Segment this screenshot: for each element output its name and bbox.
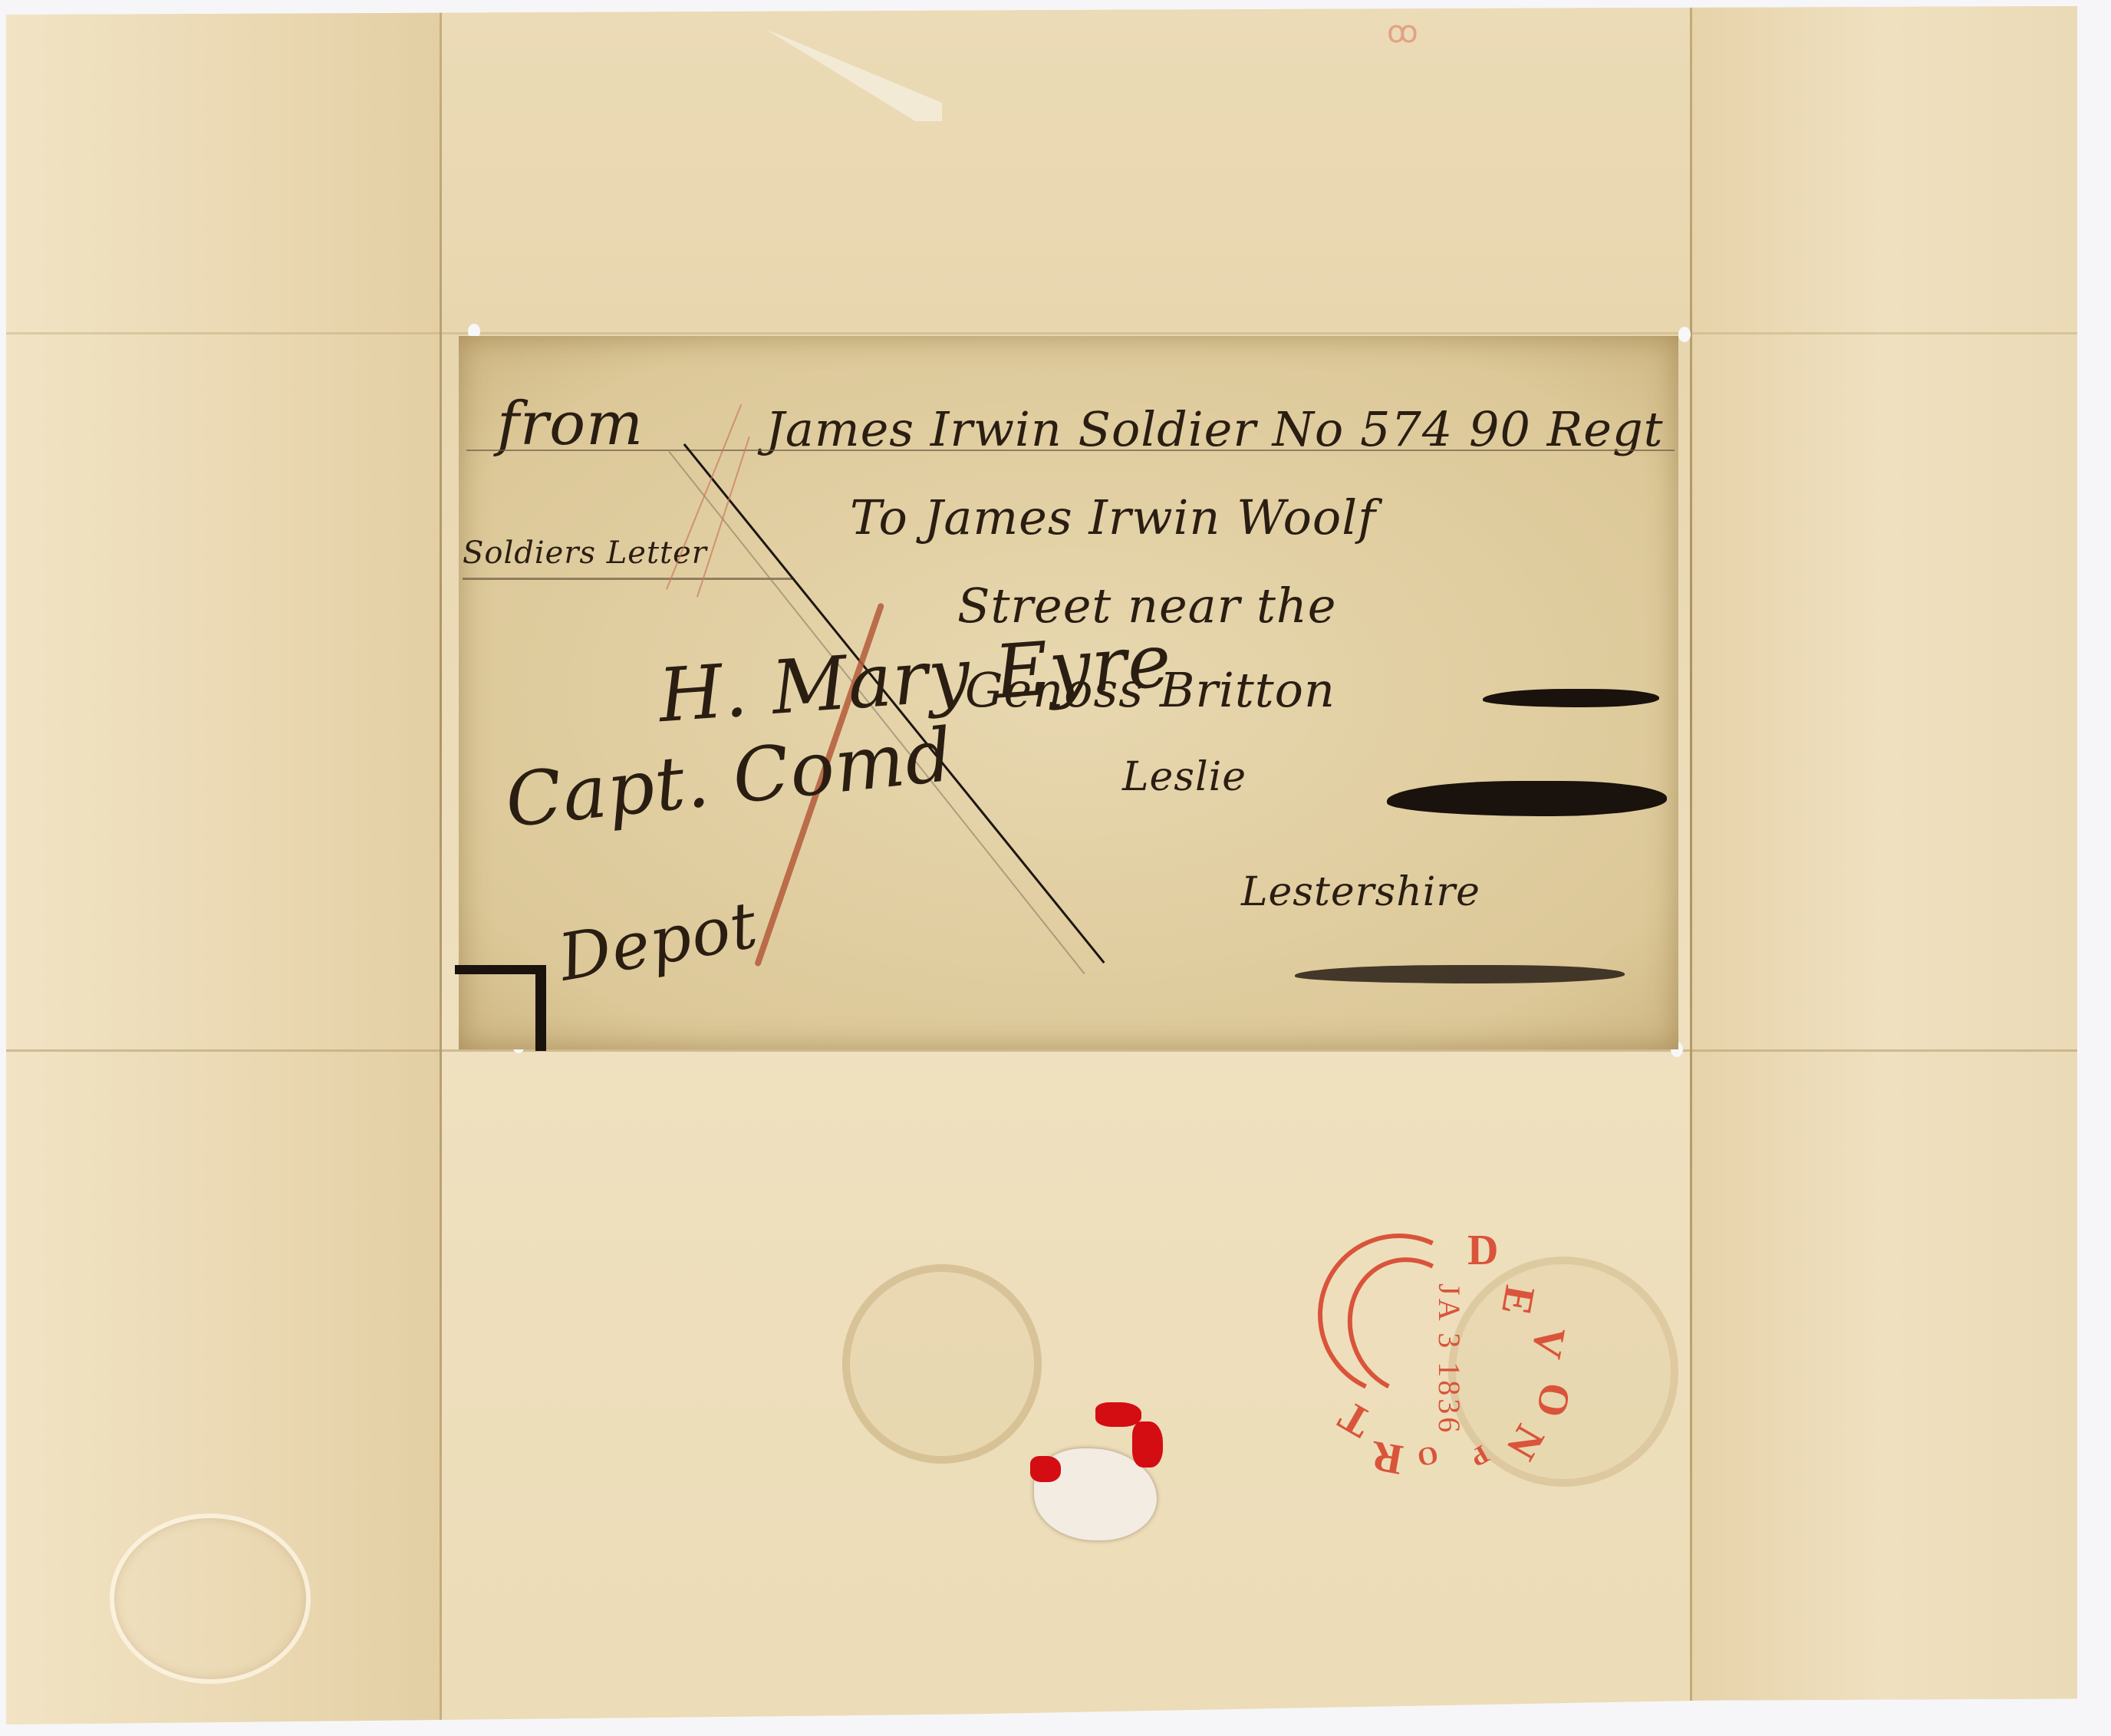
postmark-letter: O bbox=[1526, 1379, 1580, 1421]
postmark-letter: V bbox=[1521, 1323, 1575, 1362]
water-stain bbox=[842, 1264, 1042, 1464]
ink-dash bbox=[1387, 781, 1667, 816]
fold-hole bbox=[1678, 327, 1691, 342]
top-red-mark: ꝏ bbox=[1387, 14, 1418, 50]
right-fold-panel bbox=[1690, 6, 2077, 1724]
sender-underline bbox=[466, 450, 1675, 451]
postmark-letter: R bbox=[1368, 1431, 1407, 1484]
wax-seal-fragment bbox=[1132, 1421, 1163, 1468]
embossed-paper-mark bbox=[110, 1514, 311, 1684]
recipient-line-4: Leslie bbox=[1122, 754, 1247, 800]
recipient-line-5: Lestershire bbox=[1241, 869, 1480, 915]
note-underline bbox=[463, 578, 792, 580]
left-fold-panel bbox=[6, 6, 440, 1724]
postmark-letter: N bbox=[1496, 1416, 1554, 1468]
postmark-letter: D bbox=[1467, 1226, 1498, 1275]
fold-line-horizontal-upper bbox=[6, 332, 2077, 334]
postmark-letter: O bbox=[1415, 1439, 1441, 1471]
postmark-letter: E bbox=[1491, 1282, 1545, 1319]
postmark-date: JA 3 1836 bbox=[1431, 1283, 1467, 1435]
wax-seal-fragment bbox=[1030, 1456, 1061, 1482]
fold-line-horizontal-lower bbox=[6, 1049, 2077, 1052]
ink-dash bbox=[1295, 965, 1625, 983]
fold-line-right bbox=[1690, 6, 1692, 1724]
ink-dash bbox=[1483, 689, 1659, 707]
soldiers-letter-note: Soldiers Letter bbox=[463, 535, 707, 571]
devonport-postmark: D E V O N P O R T JA 3 1836 bbox=[1302, 1211, 1655, 1502]
postmark-letter: T bbox=[1331, 1391, 1380, 1448]
from-label: from bbox=[497, 390, 644, 459]
corner-box-mark bbox=[455, 965, 546, 1051]
letter-sheet: from James Irwin Soldier No 574 90 Regt … bbox=[6, 6, 2077, 1724]
postmark-letter: P bbox=[1465, 1438, 1494, 1471]
fold-line-left bbox=[440, 6, 442, 1724]
recipient-line-1: To James Irwin Woolf bbox=[850, 489, 1376, 545]
wax-seal-fragment bbox=[1095, 1402, 1141, 1427]
